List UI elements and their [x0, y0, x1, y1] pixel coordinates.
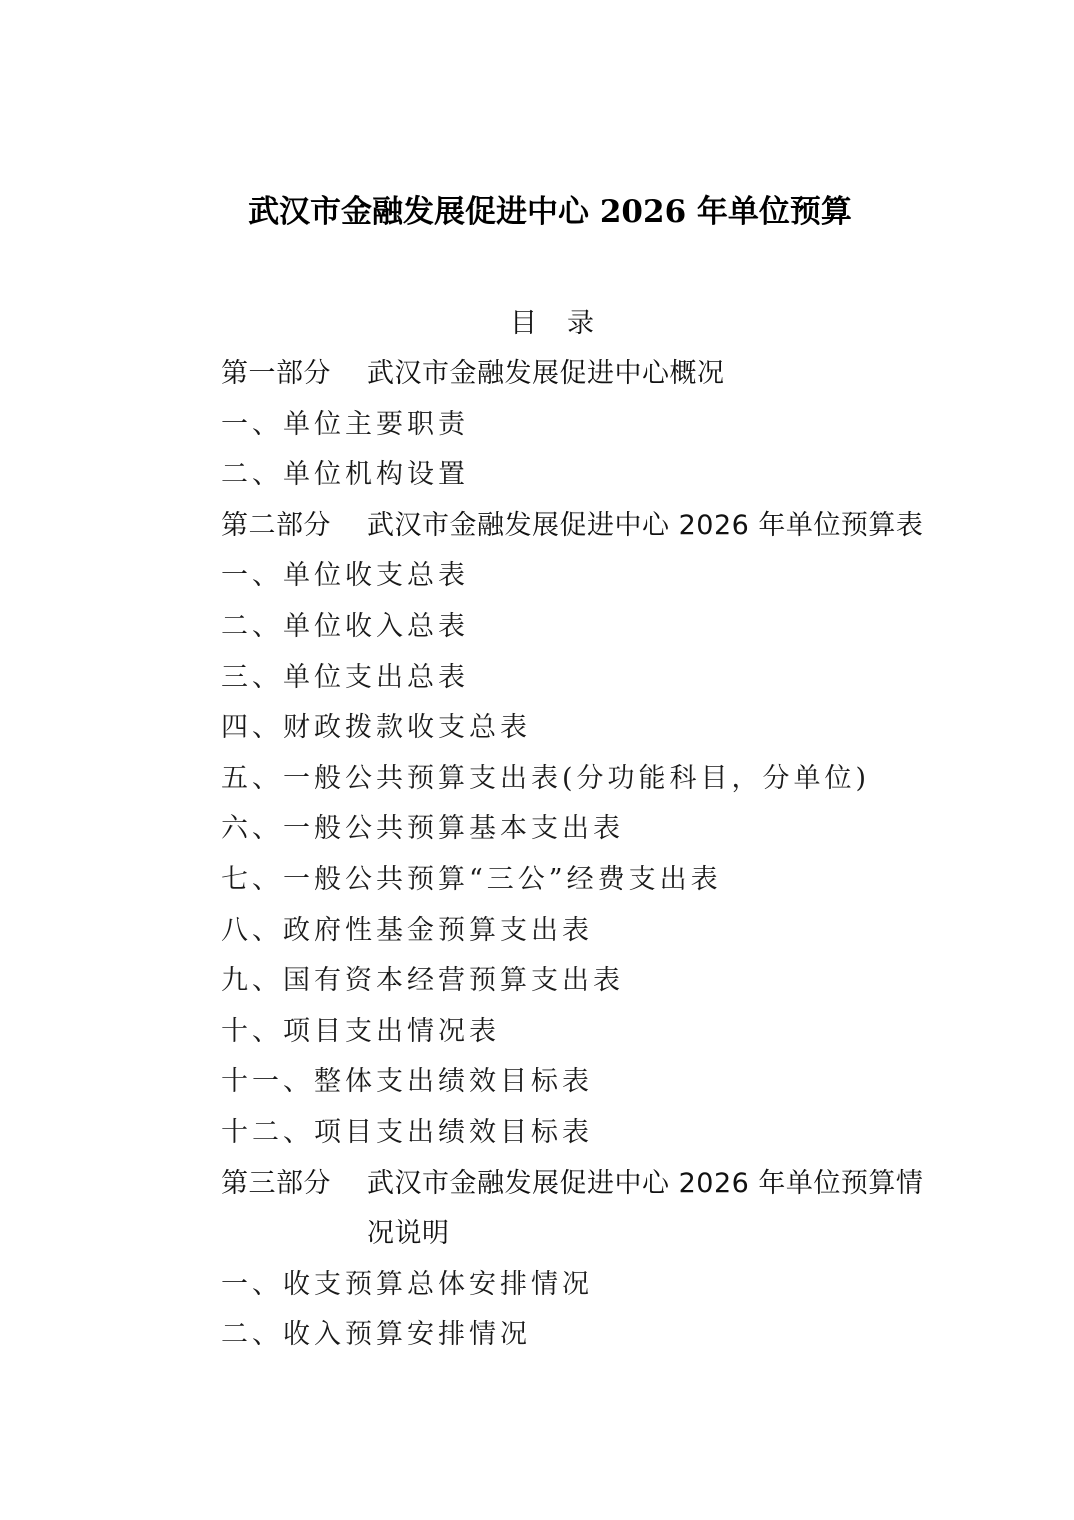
toc-item[interactable]: 一、单位收支总表	[221, 554, 961, 605]
part-title: 武汉市金融发展促进中心概况	[367, 358, 725, 389]
part-label: 第一部分	[221, 352, 367, 396]
toc-part-3[interactable]: 第三部分武汉市金融发展促进中心 2026 年单位预算情况说明	[221, 1162, 961, 1263]
toc-item[interactable]: 五、一般公共预算支出表(分功能科目，分单位)	[221, 757, 961, 808]
part-label: 第三部分	[221, 1162, 367, 1206]
document-page: 武汉市金融发展促进中心 2026 年单位预算 目录 第一部分武汉市金融发展促进中…	[0, 0, 1074, 1520]
toc-item[interactable]: 六、一般公共预算基本支出表	[221, 807, 961, 858]
toc-item[interactable]: 十一、整体支出绩效目标表	[221, 1060, 961, 1111]
toc-heading-char-1: 目	[510, 308, 537, 339]
part-title: 武汉市金融发展促进中心 2026 年单位预算情况说明	[367, 1159, 947, 1259]
toc-item[interactable]: 十、项目支出情况表	[221, 1010, 961, 1061]
toc-part-2[interactable]: 第二部分武汉市金融发展促进中心 2026 年单位预算表	[221, 504, 961, 555]
toc-item[interactable]: 二、收入预算安排情况	[221, 1313, 961, 1364]
part-title: 武汉市金融发展促进中心 2026 年单位预算表	[367, 510, 923, 541]
toc-item[interactable]: 四、财政拨款收支总表	[221, 706, 961, 757]
toc-item[interactable]: 二、单位收入总表	[221, 605, 961, 656]
toc-item[interactable]: 一、收支预算总体安排情况	[221, 1263, 961, 1314]
toc-part-1[interactable]: 第一部分武汉市金融发展促进中心概况	[221, 352, 961, 403]
toc-item[interactable]: 三、单位支出总表	[221, 656, 961, 707]
toc-item[interactable]: 十二、项目支出绩效目标表	[221, 1111, 961, 1162]
toc-heading: 目录	[0, 302, 1074, 346]
document-title: 武汉市金融发展促进中心 2026 年单位预算	[0, 188, 1074, 236]
toc-item[interactable]: 二、单位机构设置	[221, 453, 961, 504]
toc-heading-char-2: 录	[567, 308, 594, 339]
part-label: 第二部分	[221, 504, 367, 548]
toc-item[interactable]: 七、一般公共预算“三公”经费支出表	[221, 858, 961, 909]
toc-item[interactable]: 一、单位主要职责	[221, 403, 961, 454]
toc-item[interactable]: 八、政府性基金预算支出表	[221, 909, 961, 960]
toc-item[interactable]: 九、国有资本经营预算支出表	[221, 959, 961, 1010]
table-of-contents: 第一部分武汉市金融发展促进中心概况 一、单位主要职责 二、单位机构设置 第二部分…	[221, 352, 961, 1364]
